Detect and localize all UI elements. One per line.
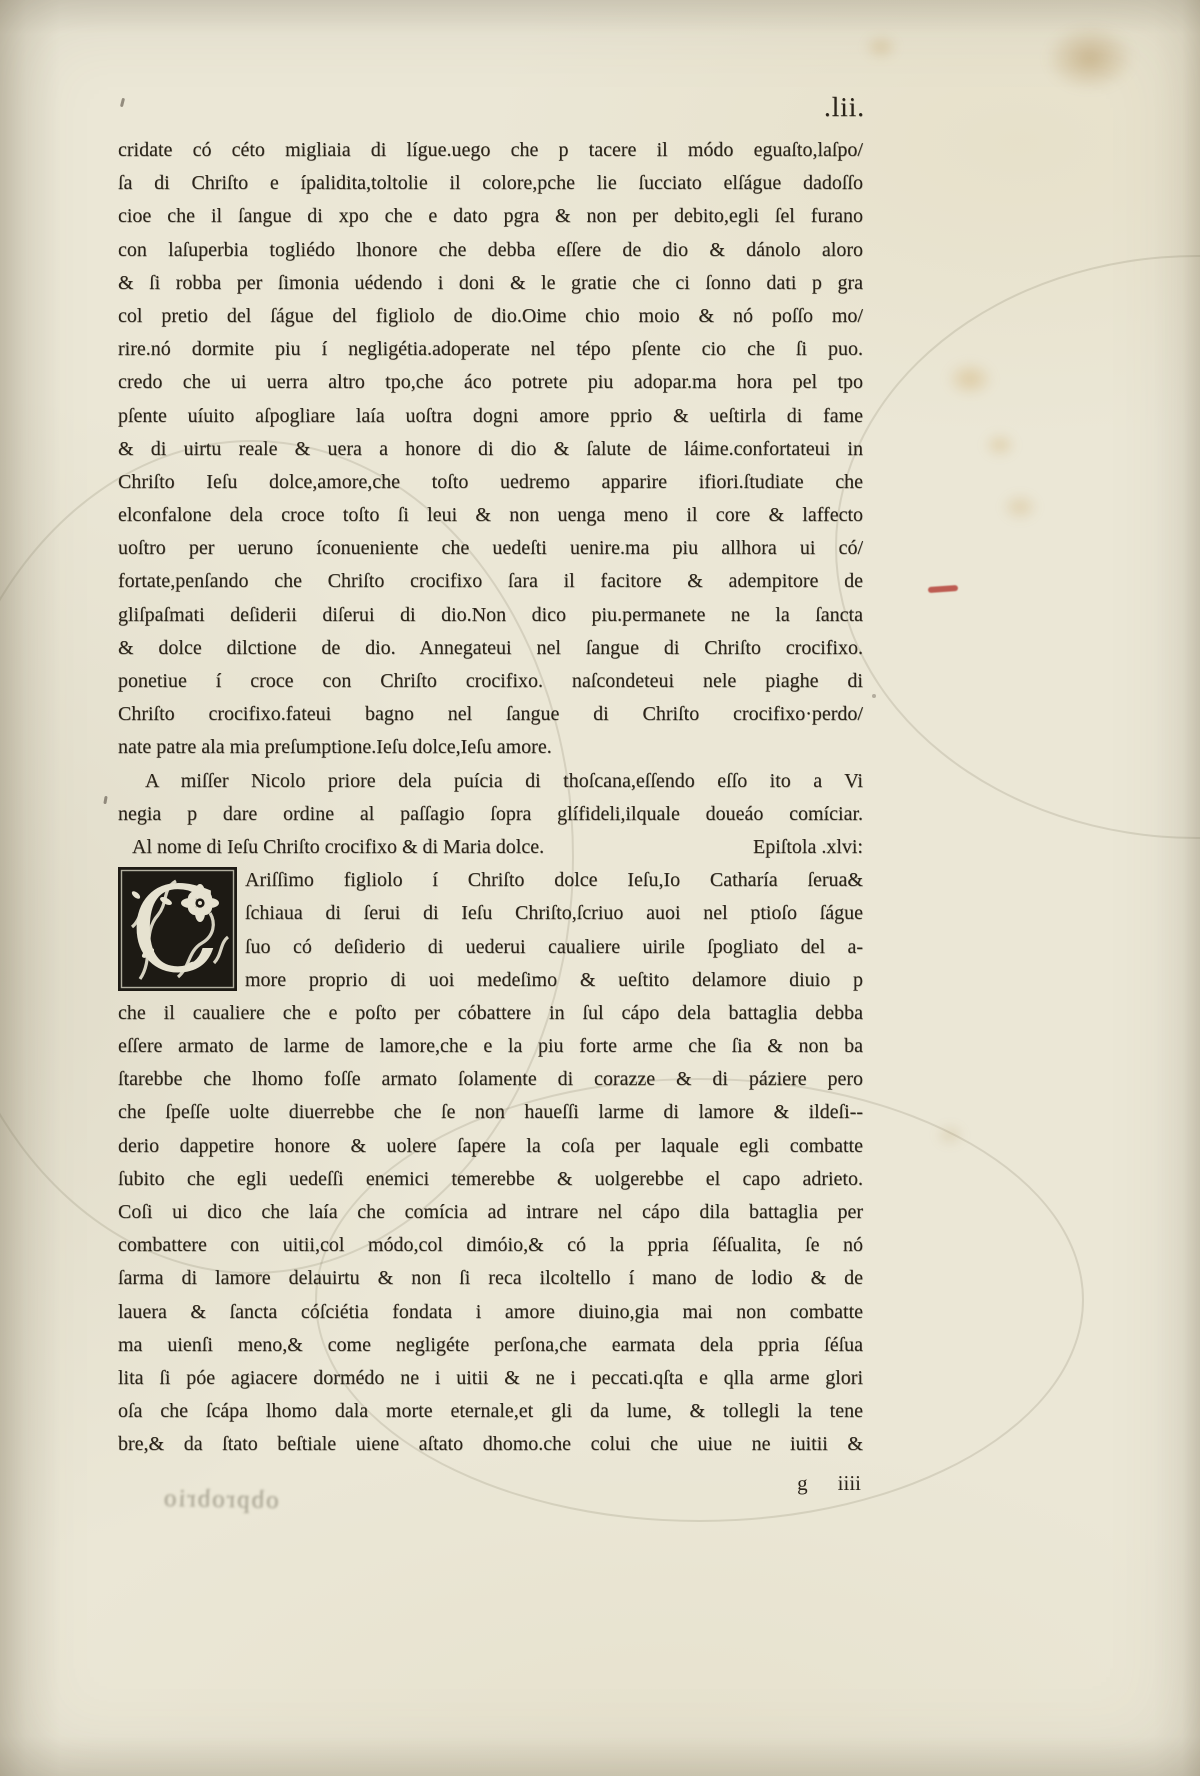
salutation-text: Al nome di Ieſu Chriſto crocifixo & di M… xyxy=(132,831,544,864)
text-line: lauera & ſancta cóſciétia fondata i amor… xyxy=(118,1296,863,1329)
ink-speck xyxy=(120,98,125,107)
text-line: credo che ui uerra altro tpo,che áco pot… xyxy=(118,366,863,399)
rubric-line: negia p dare ordine al paſſagio ſopra gl… xyxy=(118,798,863,831)
text-line: cioe che il ſangue di xpo che e dato pgr… xyxy=(118,200,863,233)
text-line: combattere con uitii,col módo,col dimóio… xyxy=(118,1229,863,1262)
text-line: che il caualiere che e poſto per cóbatte… xyxy=(118,997,863,1030)
stain xyxy=(995,488,1045,526)
text-line: Ariſſimo figliolo í Chriſto dolce Ieſu,I… xyxy=(245,864,863,897)
stain xyxy=(1030,14,1150,102)
text-line: ſa di Chriſto e ípalidita,toltolie il co… xyxy=(118,167,863,200)
text-line: derio dappetire honore & uolere ſapere l… xyxy=(118,1130,863,1163)
signature-letter: g xyxy=(797,1471,808,1496)
text-line: & ſi robba per ſimonia uédendo i doni & … xyxy=(118,267,863,300)
text-line: elconfalone dela croce toſto ſi leui & n… xyxy=(118,499,863,532)
text-line: ſtarebbe che lhomo foſſe armato ſolament… xyxy=(118,1063,863,1096)
text-block: cridate có céto migliaia di lígue.uego c… xyxy=(118,134,863,1496)
text-line: rire.nó dormite piu í negligétia.adopera… xyxy=(118,333,863,366)
text-line: Chriſto crocifixo.fateui bagno nel ſangu… xyxy=(118,698,863,731)
letter-opening: C xyxy=(118,864,863,997)
stain xyxy=(858,30,904,64)
text-line: & dolce dilctione de dio. Annegateui nel… xyxy=(118,632,863,665)
text-line: & di uirtu reale & uera a honore di dio … xyxy=(118,433,863,466)
folio-number: .lii. xyxy=(824,92,865,123)
heading-line: Al nome di Ieſu Chriſto crocifixo & di M… xyxy=(118,831,863,864)
text-line: nate patre ala mia preſumptione.Ieſu dol… xyxy=(118,731,863,764)
text-line: ma uienſi meno,& come negligéte perſona,… xyxy=(118,1329,863,1362)
text-line: more proprio di uoi medeſimo & ueſtito d… xyxy=(245,964,863,997)
text-line: fortate,penſando che Chriſto crocifixo ſ… xyxy=(118,565,863,598)
text-line: ſubito che egli uedeſſi enemici temerebb… xyxy=(118,1163,863,1196)
text-line: ſchiaua di ſerui di Ieſu Chriſto,ſcriuo … xyxy=(245,897,863,930)
text-line: ſarma di lamore delauirtu & non ſi reca … xyxy=(118,1262,863,1295)
text-line: con laſuperbia togliédo lhonore che debb… xyxy=(118,234,863,267)
ink-speck xyxy=(872,694,876,698)
text-line: eſſere armato de larme de lamore,che e l… xyxy=(118,1030,863,1063)
signature-numeral: iiii xyxy=(838,1471,861,1496)
text-line: oſa che ſcápa lhomo dala morte eternale,… xyxy=(118,1395,863,1428)
text-line: uoſtro per ueruno íconueniente che uedeſ… xyxy=(118,532,863,565)
show-through-circle xyxy=(835,255,1200,839)
text-line: cridate có céto migliaia di lígue.uego c… xyxy=(118,134,863,167)
stain xyxy=(938,355,1002,403)
rubric-line: A miſſer Nicolo priore dela puícia di th… xyxy=(118,765,863,798)
text-line: Chriſto Ieſu dolce,amore,che toſto uedre… xyxy=(118,466,863,499)
stain xyxy=(930,1120,970,1150)
text-line: bre,& da ſtato beſtiale uiene aſtato dho… xyxy=(118,1428,863,1461)
show-through-text: obprobrio xyxy=(162,1485,279,1515)
text-line: ſuo có deſiderio di uederui caualiere ui… xyxy=(245,931,863,964)
epistola-number: Epiſtola .xlvi: xyxy=(753,831,863,864)
book-page-scan: .lii. cridate có céto migliaia di lígue.… xyxy=(0,0,1200,1776)
text-line: pſente uíuito aſpogliare laía uoſtra dog… xyxy=(118,400,863,433)
stain xyxy=(978,428,1022,462)
text-line: che ſpeſſe uolte diuerrebbe che ſe non h… xyxy=(118,1096,863,1129)
text-line: col pretio del ſágue del figliolo de dio… xyxy=(118,300,863,333)
text-line: Coſi ui dico che laía che comícia ad int… xyxy=(118,1196,863,1229)
drop-cap-woodcut: C xyxy=(118,867,237,991)
text-line: gliſpaſmati deſiderii diſerui di dio.Non… xyxy=(118,599,863,632)
text-line: ponetiue í croce con Chriſto crocifixo. … xyxy=(118,665,863,698)
text-line: lita ſi póe agiacere dormédo ne i uitii … xyxy=(118,1362,863,1395)
